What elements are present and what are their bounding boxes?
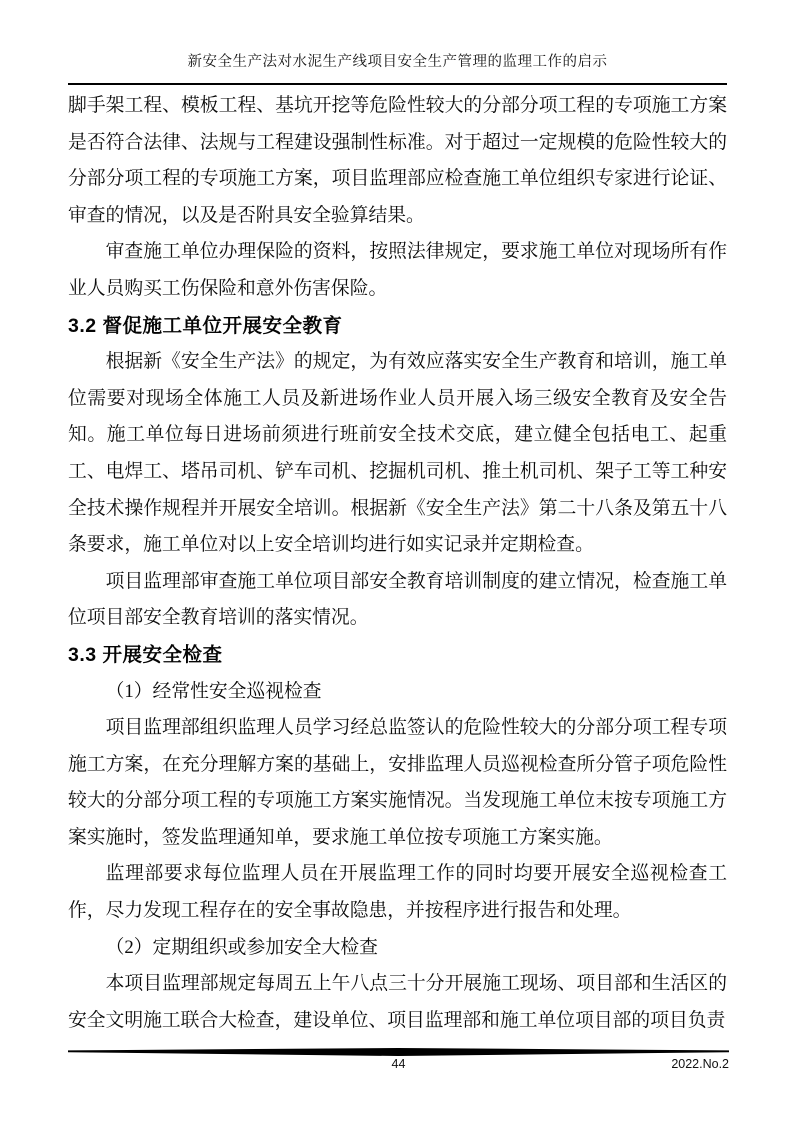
document-page: 新安全生产法对水泥生产线项目安全生产管理的监理工作的启示 脚手架工程、模板工程、…: [0, 0, 793, 1122]
page-footer: 44 2022.No.2: [68, 1048, 729, 1075]
paragraph: 根据新《安全生产法》的规定，为有效应落实安全生产教育和培训，施工单位需要对现场全…: [68, 344, 727, 564]
footer-row: 44 2022.No.2: [68, 1057, 729, 1075]
section-heading-3-2: 3.2 督促施工单位开展安全教育: [68, 308, 727, 345]
paragraph: 本项目监理部规定每周五上午八点三十分开展施工现场、项目部和生活区的安全文明施工联…: [68, 966, 727, 1039]
list-item-1: （1）经常性安全巡视检查: [68, 674, 727, 711]
page-number: 44: [392, 1057, 406, 1071]
running-header: 新安全生产法对水泥生产线项目安全生产管理的监理工作的启示: [68, 52, 727, 85]
header-rule: [68, 83, 727, 85]
document-body: 脚手架工程、模板工程、基坑开挖等危险性较大的分部分项工程的专项施工方案是否符合法…: [68, 88, 727, 1039]
list-item-2: （2）定期组织或参加安全大检查: [68, 930, 727, 967]
running-header-title: 新安全生产法对水泥生产线项目安全生产管理的监理工作的启示: [68, 52, 727, 72]
paragraph: 项目监理部审查施工单位项目部安全教育培训制度的建立情况，检查施工单位项目部安全教…: [68, 564, 727, 637]
paragraph-continued: 脚手架工程、模板工程、基坑开挖等危险性较大的分部分项工程的专项施工方案是否符合法…: [68, 88, 727, 234]
paragraph: 项目监理部组织监理人员学习经总监签认的危险性较大的分部分项工程专项施工方案，在充…: [68, 710, 727, 856]
section-heading-3-3: 3.3 开展安全检查: [68, 637, 727, 674]
issue-number: 2022.No.2: [671, 1057, 729, 1071]
footer-rule: [68, 1048, 729, 1056]
paragraph: 审查施工单位办理保险的资料，按照法律规定，要求施工单位对现场所有作业人员购买工伤…: [68, 234, 727, 307]
paragraph: 监理部要求每位监理人员在开展监理工作的同时均要开展安全巡视检查工作，尽力发现工程…: [68, 856, 727, 929]
